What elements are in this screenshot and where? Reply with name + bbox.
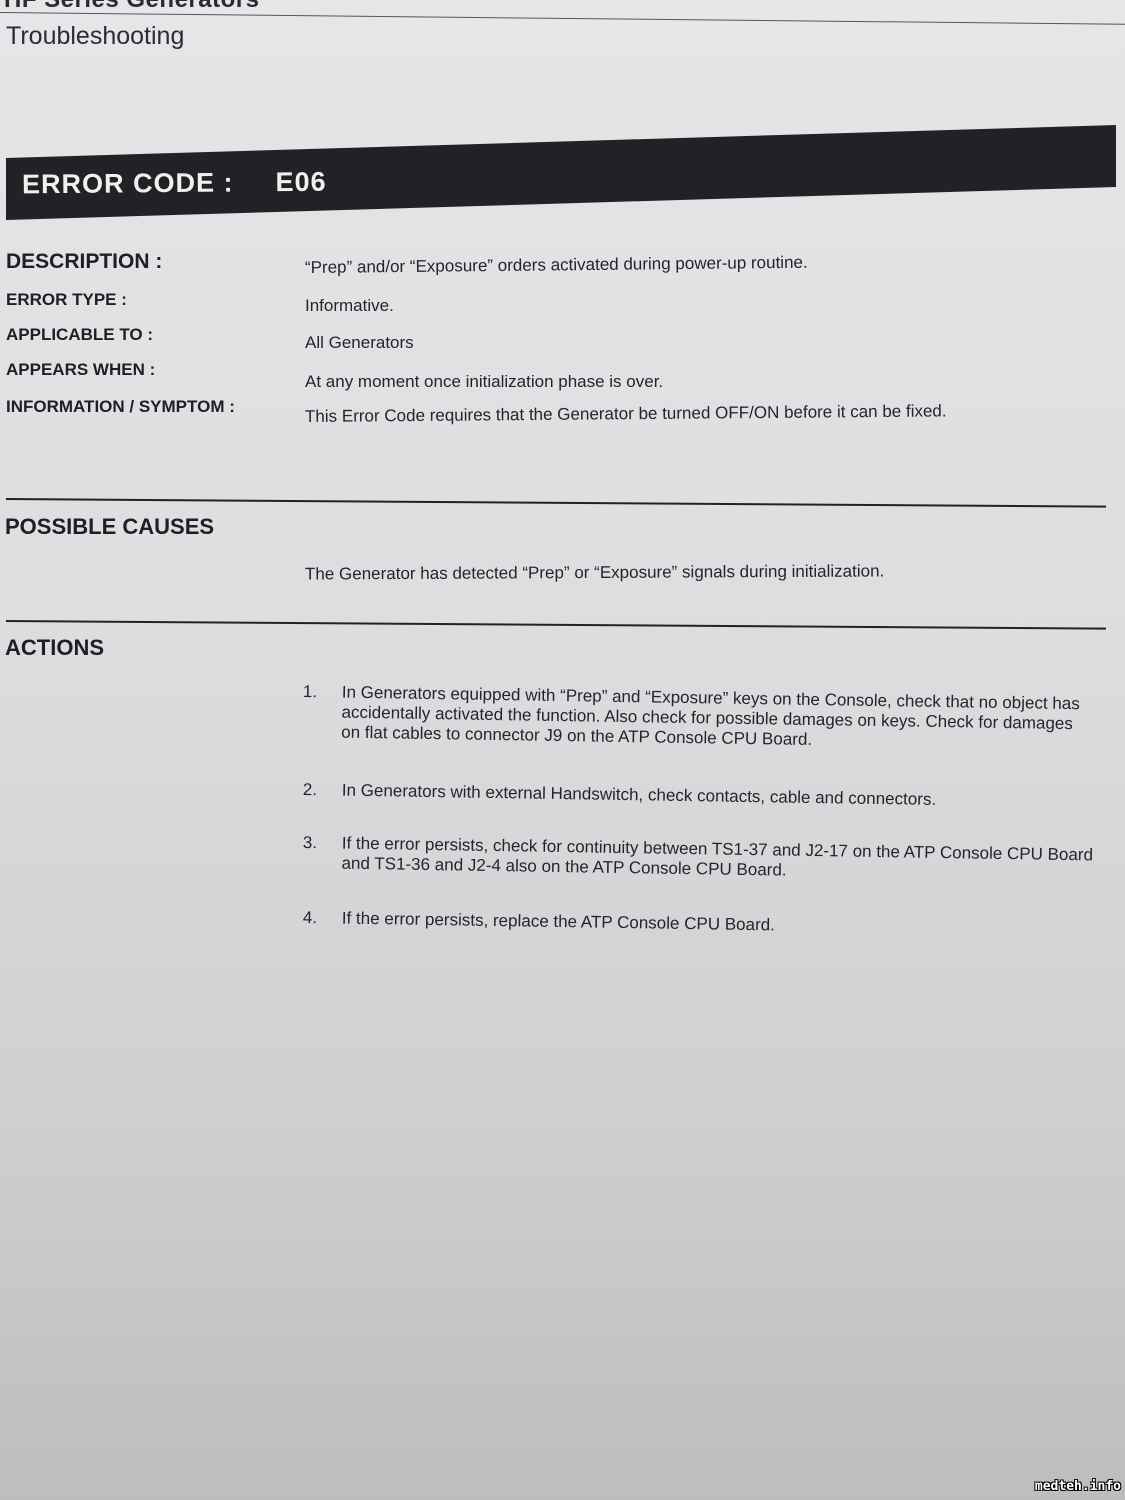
watermark: medteh.info xyxy=(1035,1479,1121,1494)
action-item: 2. In Generators with external Handswitc… xyxy=(303,780,1103,793)
action-number: 3. xyxy=(303,833,317,853)
action-number: 4. xyxy=(303,908,317,928)
detail-label: DESCRIPTION : xyxy=(6,250,162,274)
detail-value: At any moment once initialization phase … xyxy=(305,372,663,392)
detail-value: Informative. xyxy=(305,296,394,316)
action-item: 4. If the error persists, replace the AT… xyxy=(303,908,1103,921)
action-number: 1. xyxy=(303,682,317,702)
action-text: If the error persists, replace the ATP C… xyxy=(342,909,1097,941)
action-item: 1. In Generators equipped with “Prep” an… xyxy=(303,682,1103,695)
detail-value: All Generators xyxy=(305,333,414,353)
possible-causes-heading: POSSIBLE CAUSES xyxy=(5,514,214,540)
action-text: If the error persists, check for continu… xyxy=(341,834,1097,886)
section-title: Troubleshooting xyxy=(6,22,184,51)
error-code-value: E06 xyxy=(275,167,326,197)
section-divider xyxy=(6,498,1106,508)
detail-value: “Prep” and/or “Exposure” orders activate… xyxy=(305,253,808,278)
actions-heading: ACTIONS xyxy=(5,635,104,661)
action-item: 3. If the error persists, check for cont… xyxy=(303,833,1103,846)
detail-value: This Error Code requires that the Genera… xyxy=(305,401,947,427)
error-code-banner-text: ERROR CODE :E06 xyxy=(22,167,327,201)
detail-label: APPEARS WHEN : xyxy=(6,360,155,380)
action-text: In Generators with external Handswitch, … xyxy=(342,781,1097,813)
action-text: In Generators equipped with “Prep” and “… xyxy=(341,683,1097,755)
error-code-label: ERROR CODE : xyxy=(22,167,234,199)
possible-causes-text: The Generator has detected “Prep” or “Ex… xyxy=(305,561,884,584)
detail-label: APPLICABLE TO : xyxy=(6,325,153,345)
detail-label: INFORMATION / SYMPTOM : xyxy=(6,397,235,417)
detail-label: ERROR TYPE : xyxy=(6,290,127,310)
section-divider xyxy=(6,620,1106,630)
action-number: 2. xyxy=(303,780,317,800)
